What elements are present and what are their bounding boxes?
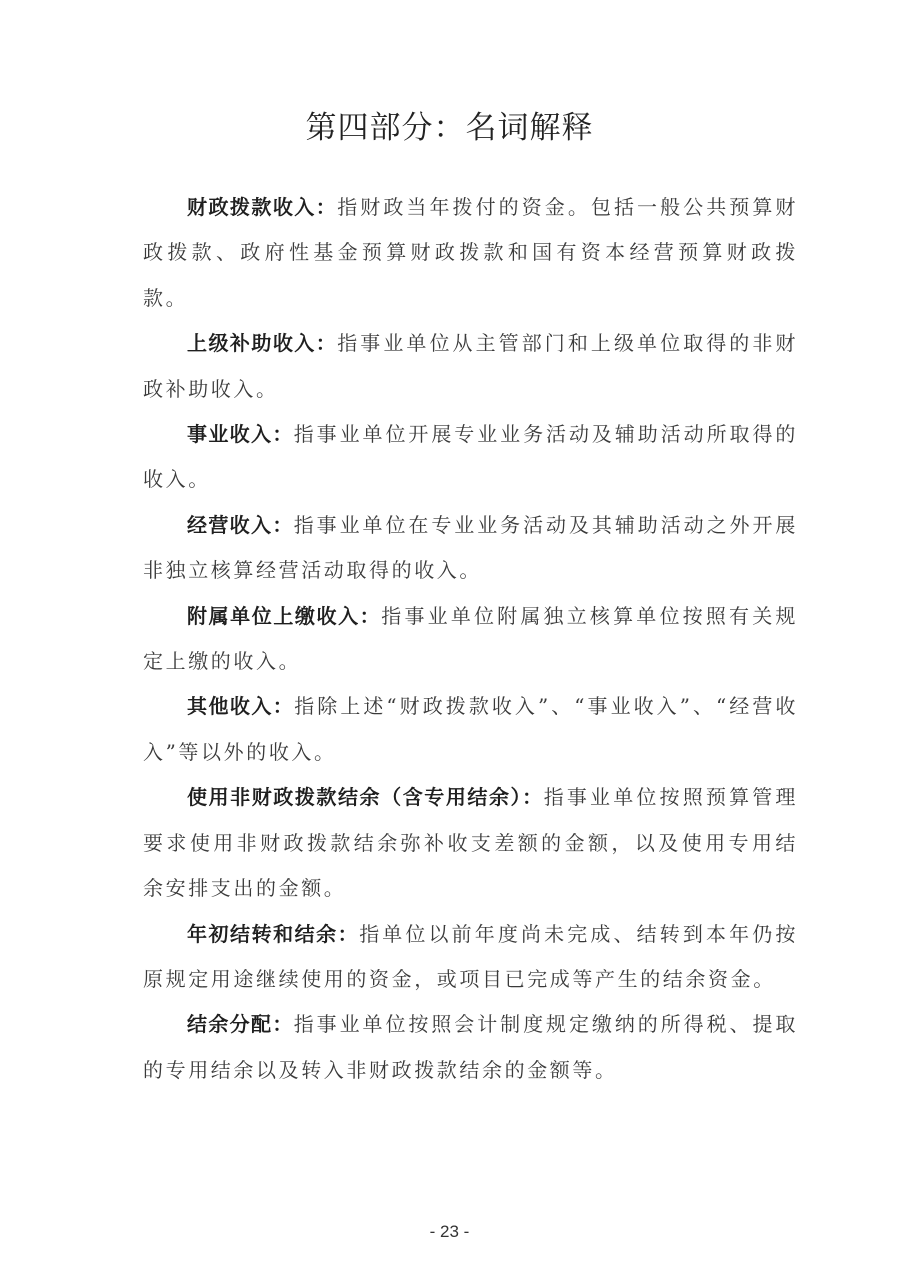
glossary-term: 使用非财政拨款结余（含专用结余）： <box>187 785 544 809</box>
glossary-entry: 其他收入：指除上述“财政拨款收入”、“事业收入”、“经营收入”等以外的收入。 <box>143 684 798 775</box>
glossary-entry: 附属单位上缴收入：指事业单位附属独立核算单位按照有关规定上缴的收入。 <box>143 594 798 685</box>
glossary-term: 其他收入： <box>187 694 294 718</box>
glossary-entry: 财政拨款收入：指财政当年拨付的资金。包括一般公共预算财政拨款、政府性基金预算财政… <box>143 185 798 321</box>
glossary-term: 经营收入： <box>187 513 294 537</box>
glossary-term: 附属单位上缴收入： <box>187 604 381 628</box>
glossary-entry: 使用非财政拨款结余（含专用结余）：指事业单位按照预算管理要求使用非财政拨款结余弥… <box>143 775 798 911</box>
glossary-term: 财政拨款收入： <box>187 195 337 219</box>
glossary-term: 上级补助收入： <box>187 331 337 355</box>
glossary-list: 财政拨款收入：指财政当年拨付的资金。包括一般公共预算财政拨款、政府性基金预算财政… <box>143 185 798 1093</box>
glossary-term: 年初结转和结余： <box>187 922 359 946</box>
glossary-entry: 经营收入：指事业单位在专业业务活动及其辅助活动之外开展非独立核算经营活动取得的收… <box>143 503 798 594</box>
glossary-term: 事业收入： <box>187 422 294 446</box>
glossary-entry: 上级补助收入：指事业单位从主管部门和上级单位取得的非财政补助收入。 <box>143 321 798 412</box>
glossary-term: 结余分配： <box>187 1012 294 1036</box>
page-number: - 23 - <box>0 1222 899 1242</box>
glossary-entry: 事业收入：指事业单位开展专业业务活动及辅助活动所取得的收入。 <box>143 412 798 503</box>
glossary-entry: 年初结转和结余：指单位以前年度尚未完成、结转到本年仍按原规定用途继续使用的资金，… <box>143 912 798 1003</box>
page-title: 第四部分：名词解释 <box>0 102 899 147</box>
glossary-entry: 结余分配：指事业单位按照会计制度规定缴纳的所得税、提取的专用结余以及转入非财政拨… <box>143 1002 798 1093</box>
